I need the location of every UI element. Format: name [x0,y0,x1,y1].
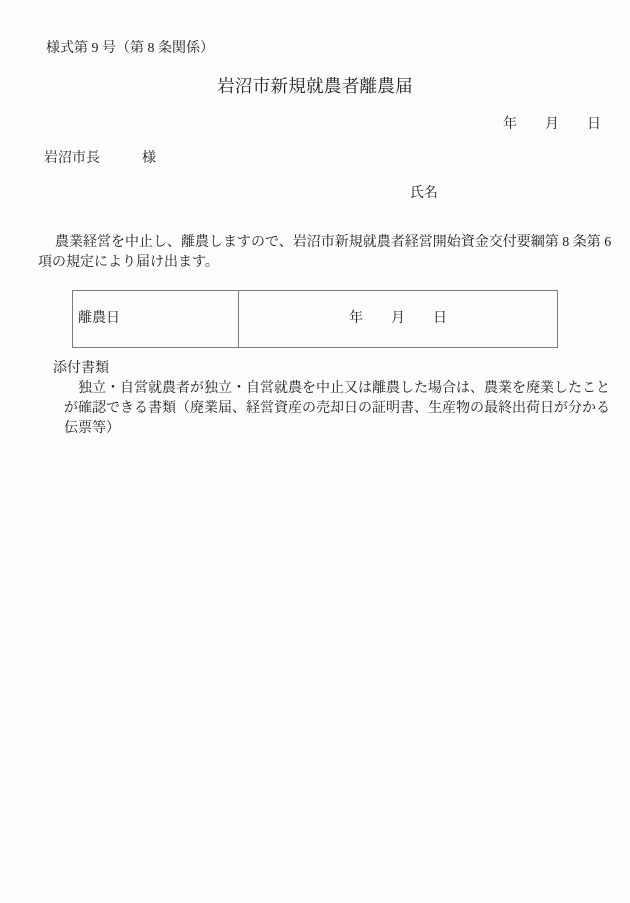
attachment-note-line-2: が確認できる書類（廃業届、経営資産の売却日の証明書、生産物の最終出荷日が分かる [64,399,610,419]
retirement-date-label-cell: 離農日 [73,291,239,347]
page-title: 岩沼市新規就農者離農届 [0,75,630,98]
submission-date-line: 年 月 日 [503,116,601,133]
attachment-note-line-3: 伝票等） [64,419,120,439]
attachments-heading: 添付書類 [53,359,109,379]
form-number-label: 様式第 9 号（第 8 条関係） [46,40,214,57]
addressee-line: 岩沼市長 様 [44,150,156,167]
retirement-date-table: 離農日 年 月 日 [72,290,558,348]
attachment-note-line-1: 独立・自営就農者が独立・自営就農を中止又は離農した場合は、農業を廃業したこと [78,379,610,399]
body-paragraph-line-1: 農業経営を中止し、離農しますので、岩沼市新規就農者経営開始資金交付要綱第 8 条… [55,233,611,253]
retirement-date-value: 年 月 日 [349,309,447,329]
name-label: 氏名 [410,185,438,202]
document-page: 様式第 9 号（第 8 条関係） 岩沼市新規就農者離農届 年 月 日 岩沼市長 … [0,0,630,903]
body-paragraph-line-2: 項の規定により届け出ます。 [38,253,219,273]
retirement-date-value-cell: 年 月 日 [239,291,557,347]
retirement-date-label: 離農日 [78,309,120,329]
